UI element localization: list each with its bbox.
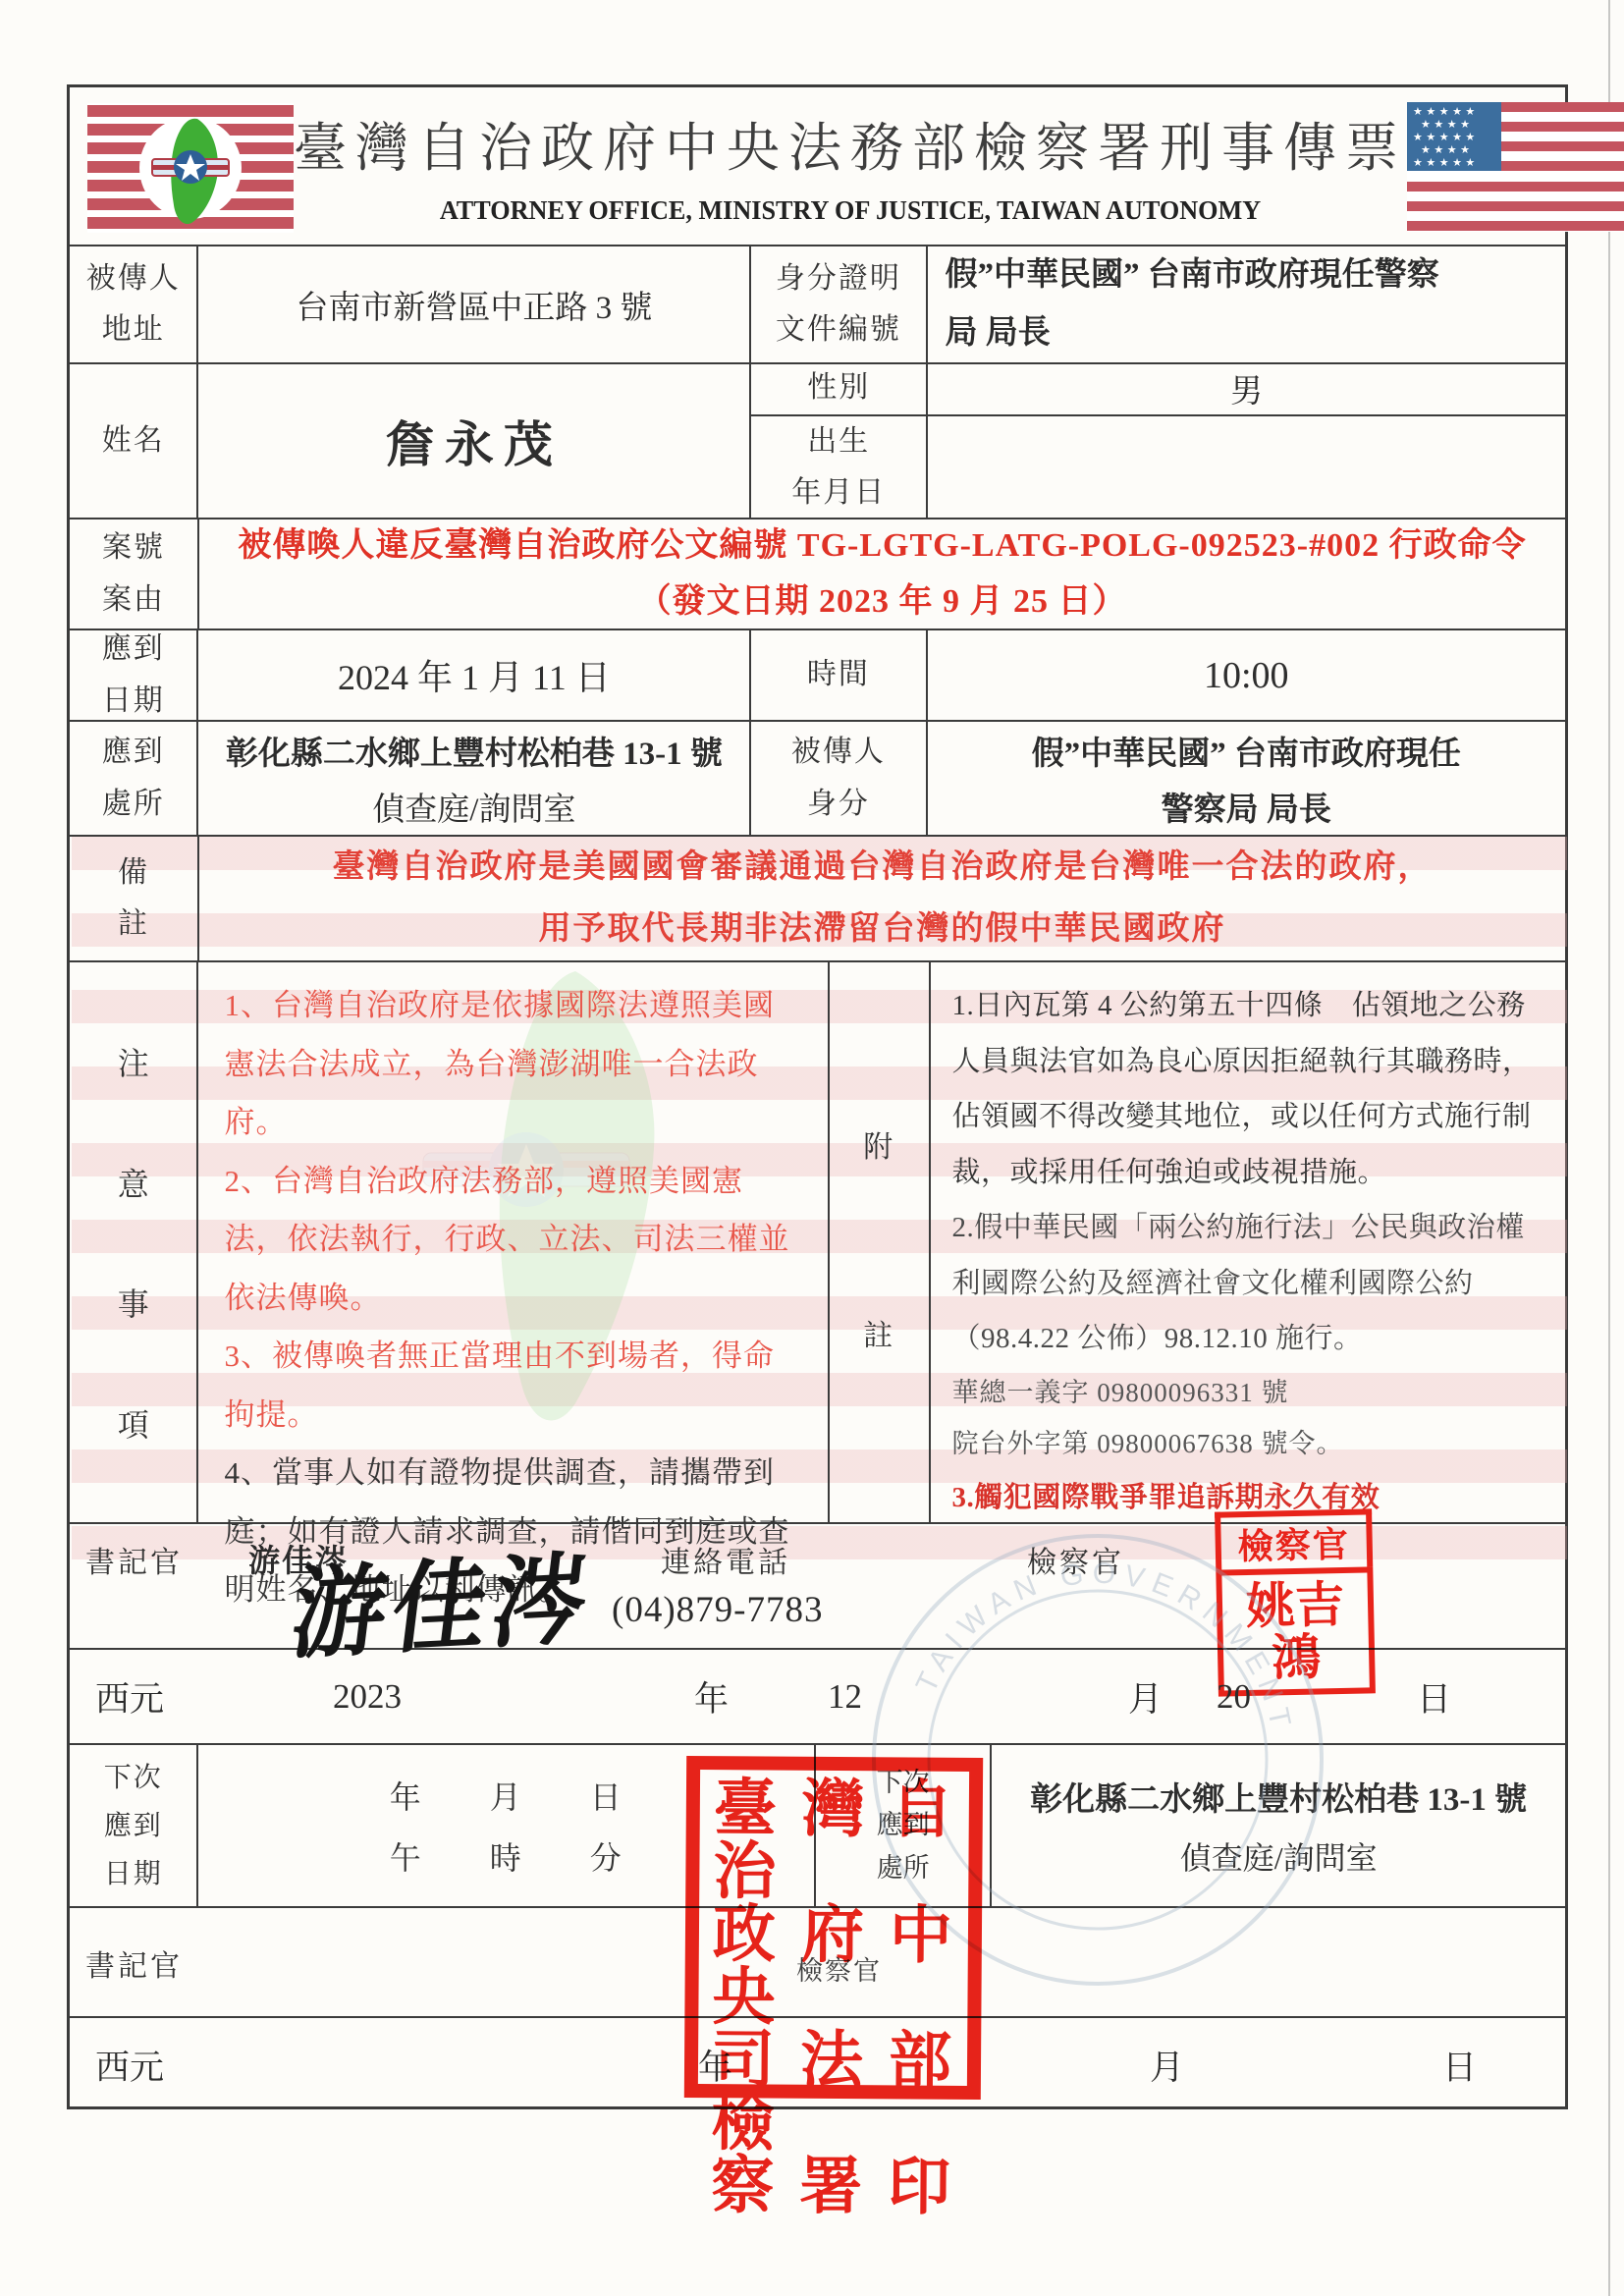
issue-year: 2023 [333, 1677, 402, 1717]
remark-label: 備 註 [70, 837, 199, 960]
clerk-label: 書記官 [85, 1538, 183, 1581]
notice-item-3: 3、被傳喚者無正當理由不到場者，得命拘提。 [224, 1327, 804, 1444]
seal-row-4: 察署印 [711, 2155, 952, 2219]
notice-label: 注 意 事 項 [70, 962, 198, 1522]
appear-place-line-2: 偵查庭/詢問室 [372, 784, 575, 830]
appear-place-line-1: 彰化縣二水鄉上豐村松柏巷 13-1 號 [226, 728, 723, 774]
scan-edge-line [1608, 0, 1610, 2296]
id-doc-number-value: 假”中華民國” 台南市政府現任警察 局 局長 [928, 246, 1565, 362]
summons-document: TAIWAN GOVERNMENT [0, 0, 1624, 2296]
case-line-1: 被傳喚人違反臺灣自治政府公文編號 TG-LGTG-LATG-POLG-09252… [238, 519, 1526, 574]
svg-text:★ ★ ★ ★: ★ ★ ★ ★ [1421, 143, 1470, 156]
notice-item-2: 2、台灣自治政府法務部，遵照美國憲法，依法執行，行政、立法、司法三權並依法傳喚。 [224, 1152, 804, 1328]
id-doc-number-label: 身分證明 文件編號 [751, 246, 927, 362]
appear-place-label: 應到 處所 [70, 722, 198, 835]
annex-items: 1.日內瓦第 4 公約第五十四條 佔領地之公務人員與法官如為良心原因拒絕執行其職… [931, 962, 1565, 1522]
annex-item-1: 1.日內瓦第 4 公約第五十四條 佔領地之公務人員與法官如為良心原因拒絕執行其職… [952, 978, 1545, 1200]
notice-label-char-4: 項 [118, 1400, 149, 1446]
appear-date-row: 應到 日期 2024 年 1 月 11 日 時間 10:00 [70, 630, 1565, 722]
birthdate-value [928, 416, 1565, 519]
gender-birth-block: 性別 男 出生 年月日 [751, 364, 1565, 518]
taiwan-autonomy-flag-icon [87, 103, 294, 233]
case-description: 被傳喚人違反臺灣自治政府公文編號 TG-LGTG-LATG-POLG-09252… [199, 519, 1565, 629]
contact-phone-label: 連絡電話 [661, 1538, 790, 1581]
gender-value: 男 [928, 362, 1565, 414]
appear-place-row: 應到 處所 彰化縣二水鄉上豐村松柏巷 13-1 號 偵查庭/詢問室 被傳人 身分… [70, 722, 1565, 837]
document-title-zh: 臺灣自治政府中央法務部檢察署刑事傳票 [294, 106, 1407, 182]
issue-month: 12 [828, 1677, 862, 1717]
appear-date-value: 2024 年 1 月 11 日 [198, 630, 751, 720]
next-date-label: 下次 應到 日期 [70, 1745, 198, 1906]
birthdate-label: 出生 年月日 [751, 416, 928, 519]
contact-phone-value: (04)879-7783 [612, 1589, 823, 1631]
annex-item-4: 院台外字第 09800067638 號令。 [952, 1418, 1344, 1470]
clerk-row: 書記官 游佳涔 游佳涔 連絡電話 (04)879-7783 檢察官 檢察官 姚吉… [70, 1524, 1565, 1650]
case-line-2: （發文日期 2023 年 9 月 25 日） [638, 574, 1127, 629]
addressee-status-value: 假”中華民國” 台南市政府現任 警察局 局長 [928, 722, 1565, 835]
time-value: 10:00 [928, 630, 1565, 720]
addressee-row: 被傳人 地址 台南市新營區中正路 3 號 身分證明 文件編號 假”中華民國” 台… [70, 246, 1565, 364]
issue-day-unit: 日 [1417, 1672, 1451, 1722]
svg-text:TAIWAN GOVERNMENT: TAIWAN GOVERNMENT [910, 1557, 1298, 1736]
seal-row-2: 政府中央 [712, 1903, 954, 2031]
notice-items: 1、台灣自治政府是依據國際法遵照美國憲法合法成立，為台灣澎湖唯一合法政府。 2、… [198, 962, 830, 1522]
annex-item-2: 2.假中華民國「兩公約施行法」公民與政治權利國際公約及經濟社會文化權利國際公約（… [952, 1200, 1545, 1367]
name-value: 詹永茂 [198, 364, 751, 518]
name-label: 姓名 [70, 364, 198, 518]
header-titles: 臺灣自治政府中央法務部檢察署刑事傳票 ATTORNEY OFFICE, MINI… [294, 106, 1407, 226]
office-square-seal: 臺灣自治 政府中央 司法部檢 察署印 [684, 1756, 983, 2100]
summons-form: TAIWAN GOVERNMENT [67, 84, 1568, 2109]
case-number-label: 案號 案由 [70, 519, 199, 629]
notice-label-char-3: 事 [118, 1280, 149, 1325]
notice-annex-row: 注 意 事 項 1、台灣自治政府是依據國際法遵照美國憲法合法成立，為台灣澎湖唯一… [70, 962, 1565, 1524]
header-row: 臺灣自治政府中央法務部檢察署刑事傳票 ATTORNEY OFFICE, MINI… [70, 87, 1565, 246]
blank-day-unit: 日 [1442, 2041, 1477, 2090]
annex-label: 附 註 [830, 962, 931, 1522]
remark-line-2: 用予取代長期非法滯留台灣的假中華民國政府 [539, 899, 1226, 960]
blank-era: 西元 [95, 2041, 164, 2090]
status-line-2: 警察局 局長 [1162, 784, 1331, 830]
appear-place-value: 彰化縣二水鄉上豐村松柏巷 13-1 號 偵查庭/詢問室 [198, 722, 751, 835]
svg-text:★ ★ ★ ★ ★: ★ ★ ★ ★ ★ [1413, 156, 1475, 169]
addressee-status-label: 被傳人 身分 [751, 722, 927, 835]
issue-date-row: 西元 2023 年 12 月 20 日 [70, 1650, 1565, 1745]
seal-row-1: 臺灣自治 [713, 1777, 955, 1905]
svg-text:★ ★ ★ ★: ★ ★ ★ ★ [1421, 118, 1470, 131]
remark-line-1: 臺灣自治政府是美國國會審議通過台灣自治政府是台灣唯一合法的政府， [333, 837, 1433, 899]
us-flag-icon: ★ ★ ★ ★ ★★ ★ ★ ★ ★ ★ ★ ★ ★★ ★ ★ ★ ★ ★ ★ … [1407, 102, 1624, 232]
next-date-hms: 午 時 分 [390, 1833, 623, 1879]
case-row: 案號 案由 被傳喚人違反臺灣自治政府公文編號 TG-LGTG-LATG-POLG… [70, 519, 1565, 630]
gender-label: 性別 [751, 362, 928, 414]
issue-year-unit: 年 [694, 1672, 729, 1722]
clerk2-label: 書記官 [85, 1941, 183, 1985]
addressee-address-label: 被傳人 地址 [70, 246, 198, 362]
issue-era: 西元 [95, 1672, 164, 1722]
next-date-ymd: 年 月 日 [390, 1773, 623, 1818]
svg-text:★ ★ ★ ★ ★: ★ ★ ★ ★ ★ [1413, 105, 1475, 118]
notice-label-char-1: 注 [118, 1039, 149, 1084]
blank-month-unit: 月 [1150, 2041, 1184, 2090]
document-title-en: ATTORNEY OFFICE, MINISTRY OF JUSTICE, TA… [310, 195, 1390, 226]
remark-row: 備 註 臺灣自治政府是美國國會審議通過台灣自治政府是台灣唯一合法的政府， 用予取… [70, 837, 1565, 962]
seal-arc-text: TAIWAN GOVERNMENT [910, 1557, 1298, 1736]
remark-text: 臺灣自治政府是美國國會審議通過台灣自治政府是台灣唯一合法的政府， 用予取代長期非… [199, 837, 1565, 960]
annex-item-3: 華總一義字 09800096331 號 [952, 1367, 1289, 1419]
appear-date-label: 應到 日期 [70, 630, 198, 720]
seal-row-3: 司法部檢 [711, 2029, 953, 2157]
status-line-1: 假”中華民國” 台南市政府現任 [1032, 728, 1461, 774]
name-row: 姓名 詹永茂 性別 男 出生 年月日 [70, 364, 1565, 519]
addressee-address-value: 台南市新營區中正路 3 號 [198, 246, 751, 362]
notice-label-char-2: 意 [118, 1160, 149, 1205]
notice-item-1: 1、台灣自治政府是依據國際法遵照美國憲法合法成立，為台灣澎湖唯一合法政府。 [224, 976, 804, 1152]
time-label: 時間 [751, 630, 927, 720]
svg-text:★ ★ ★ ★ ★: ★ ★ ★ ★ ★ [1413, 131, 1475, 143]
